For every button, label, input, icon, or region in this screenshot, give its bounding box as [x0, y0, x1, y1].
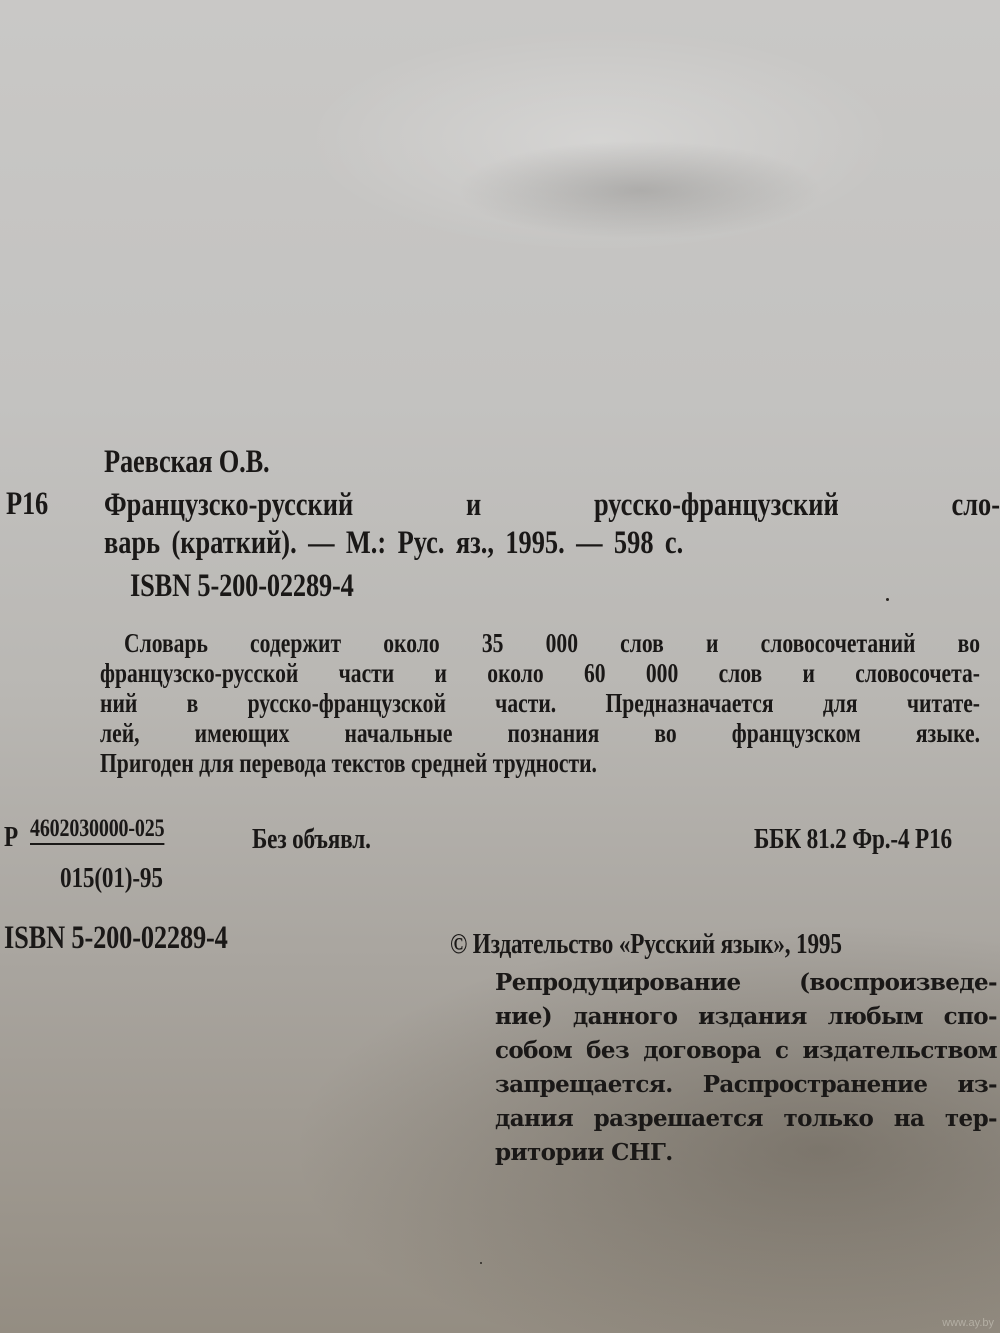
isbn-bottom: ISBN 5-200-02289-4 — [4, 920, 228, 957]
annotation-line: французско-русской части и около 60 000 … — [100, 658, 980, 688]
reproduction-line: Репродуцирование (воспроизведе- — [495, 966, 997, 1000]
no-ad-label: Без объявл. — [252, 823, 371, 856]
annotation-line: Словарь содержит около 35 000 слов и сло… — [100, 628, 980, 658]
reproduction-line: собом без договора с издательством — [495, 1034, 997, 1068]
code-prefix: Р — [4, 821, 18, 854]
annotation-line: лей, имеющих начальные познания во франц… — [100, 718, 980, 748]
annotation-paragraph: Словарь содержит около 35 000 слов и сло… — [100, 628, 980, 778]
index-code: Р16 — [6, 486, 48, 523]
book-title-block: Французско-русский и русско-французский … — [104, 486, 1000, 562]
book-title-line-1: Французско-русский и русско-французский … — [104, 486, 1000, 524]
reproduction-line: дания разрешается только на тер- — [495, 1102, 997, 1136]
isbn-top: ISBN 5-200-02289-4 — [130, 568, 354, 605]
author-name: Раевская О.В. — [104, 444, 270, 481]
reproduction-notice: Репродуцирование (воспроизведе- ние) дан… — [495, 966, 997, 1170]
reproduction-line: ние) данного издания любым спо- — [495, 1000, 997, 1034]
code-denominator: 015(01)-95 — [60, 862, 163, 895]
book-title-line-2: варь (краткий). — М.: Рус. яз., 1995. — … — [104, 524, 1000, 562]
code-numerator: 4602030000-025 — [30, 815, 164, 843]
reproduction-line: ритории СНГ. — [495, 1136, 997, 1170]
paper-speck — [886, 598, 889, 601]
bbk-code: ББК 81.2 Фр.-4 Р16 — [754, 823, 952, 856]
paper-speck — [480, 1262, 482, 1264]
reproduction-line: запрещается. Распространение из- — [495, 1068, 997, 1102]
annotation-line: ний в русско-французской части. Предназн… — [100, 688, 980, 718]
annotation-line: Пригоден для перевода текстов средней тр… — [100, 748, 980, 778]
site-watermark: www.ay.by — [942, 1317, 994, 1329]
copyright-notice: © Издательство «Русский язык», 1995 — [450, 928, 842, 961]
